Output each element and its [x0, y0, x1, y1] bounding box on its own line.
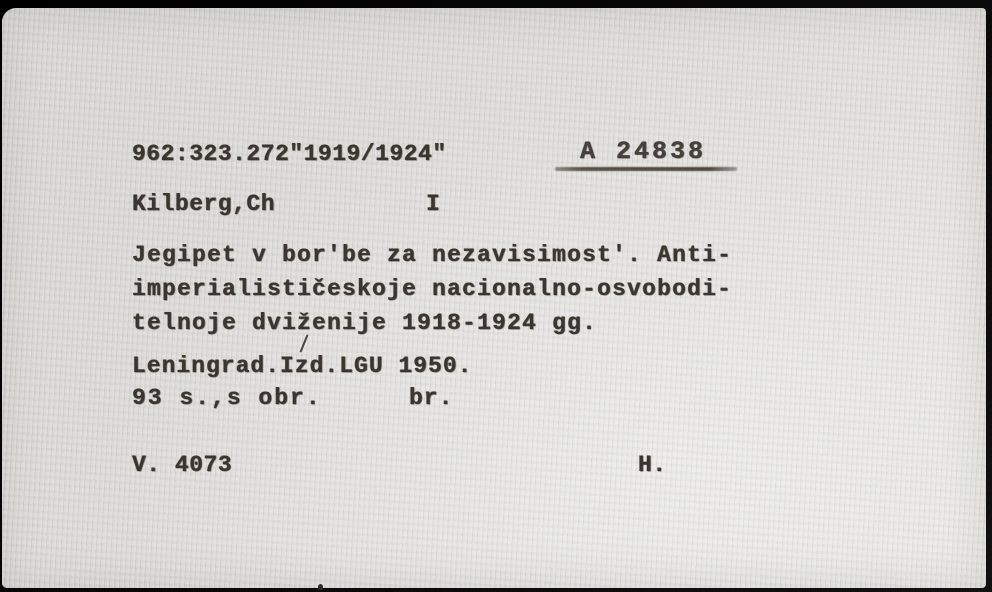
author-name: Kilberg,Ch — [132, 191, 275, 217]
catalog-card: 962:323.272"1919/1924" A 24838 Kilberg,C… — [2, 8, 986, 588]
title-line-1: Jegipet v bor'be za nezavisimost'. Anti- — [132, 238, 732, 272]
call-number: 962:323.272"1919/1924" — [132, 141, 447, 167]
imprint: Leningrad.Izd.LGU 1950. — [132, 353, 472, 379]
title-block: Jegipet v bor'be za nezavisimost'. Anti-… — [132, 238, 732, 340]
accession-number: V. 4073 — [132, 452, 232, 478]
title-line-3: telnoje dviženije 1918-1924 gg. — [132, 306, 732, 340]
author-mark: I — [426, 191, 440, 217]
punch-hole-mark — [318, 584, 323, 590]
scan-background: 962:323.272"1919/1924" A 24838 Kilberg,C… — [0, 0, 992, 592]
cataloger-initial: H. — [638, 452, 667, 478]
collation: 93 s.,s obr. — [132, 385, 322, 411]
shelf-number: A 24838 — [580, 137, 706, 166]
binding-note: br. — [409, 385, 453, 411]
title-line-2: imperialističeskoje nacionalno-osvobodi- — [132, 272, 732, 306]
shelf-number-underline — [555, 167, 737, 171]
